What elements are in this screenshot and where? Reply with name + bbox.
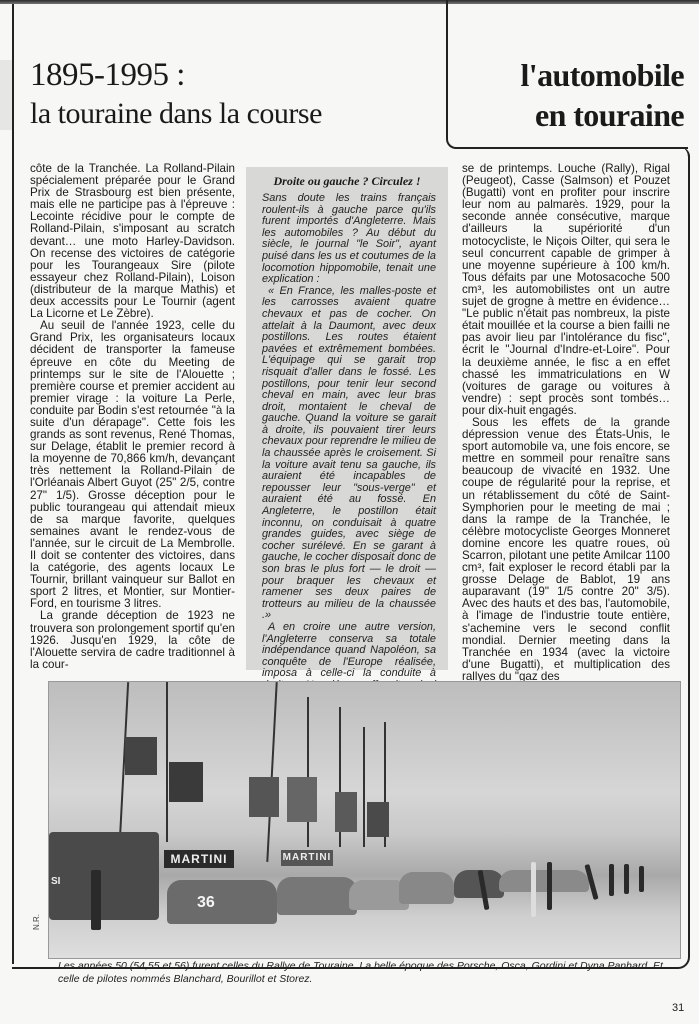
service-truck: SI — [49, 832, 159, 920]
flag-pole — [266, 682, 277, 862]
flag — [169, 762, 203, 802]
car-number: 36 — [197, 894, 215, 912]
photo-credit: N.R. — [32, 914, 41, 930]
sidebar-body: Sans doute les trains français roulent-i… — [246, 193, 448, 738]
rally-car: 36 — [167, 880, 277, 924]
flag — [287, 777, 317, 822]
title-subtitle: la touraine dans la course — [30, 95, 322, 133]
flag-pole — [363, 727, 365, 847]
photo-caption: Les années 50 (54,55 et 56) furent celle… — [58, 960, 678, 986]
section-header-box: l'automobile en touraine — [446, 0, 688, 149]
flag-pole — [166, 682, 168, 842]
section-title-line1: l'automobile — [521, 55, 684, 95]
sidebar-paragraph: « En France, les malles-poste et les car… — [262, 286, 436, 622]
article-column-right: se de printemps. Louche (Rally), Rigal (… — [462, 163, 670, 683]
section-title-line2: en touraine — [521, 95, 684, 135]
running-driver — [547, 862, 552, 910]
paragraph: La grande déception de 1923 ne trouvera … — [30, 610, 235, 670]
truck-sign: SI — [51, 876, 60, 887]
martini-banner: MARTINI — [281, 850, 333, 866]
running-driver — [624, 864, 629, 894]
article-column-left: côte de la Tranchée. La Rolland-Pilain s… — [30, 163, 235, 671]
sidebar-box: Droite ou gauche ? Circulez ! Sans doute… — [246, 167, 448, 670]
paragraph: se de printemps. Louche (Rally), Rigal (… — [462, 163, 670, 417]
title-years: 1895-1995 : — [30, 55, 322, 95]
flag — [125, 737, 157, 775]
flag — [367, 802, 389, 837]
flag — [249, 777, 279, 817]
standing-official — [91, 870, 101, 930]
page-title: 1895-1995 : la touraine dans la course — [30, 55, 322, 133]
paragraph: côte de la Tranchée. La Rolland-Pilain s… — [30, 163, 235, 320]
rally-car — [399, 872, 454, 904]
rally-photo: SI MARTINI MARTINI 36 — [48, 681, 681, 959]
content-frame-corner — [446, 147, 690, 161]
section-title: l'automobile en touraine — [521, 55, 684, 135]
running-driver — [609, 864, 614, 896]
paragraph: Au seuil de l'année 1923, celle du Grand… — [30, 320, 235, 610]
rally-car — [277, 877, 357, 915]
sidebar-paragraph: Sans doute les trains français roulent-i… — [262, 193, 436, 286]
flag — [335, 792, 357, 832]
sidebar-title: Droite ou gauche ? Circulez ! — [246, 174, 448, 189]
rally-car — [499, 870, 589, 892]
flag-pole — [307, 697, 309, 847]
page-number: 31 — [672, 1002, 684, 1014]
running-driver — [639, 866, 644, 892]
paragraph: Sous les effets de la grande dépression … — [462, 417, 670, 683]
martini-banner: MARTINI — [164, 850, 234, 868]
running-driver — [531, 862, 536, 917]
